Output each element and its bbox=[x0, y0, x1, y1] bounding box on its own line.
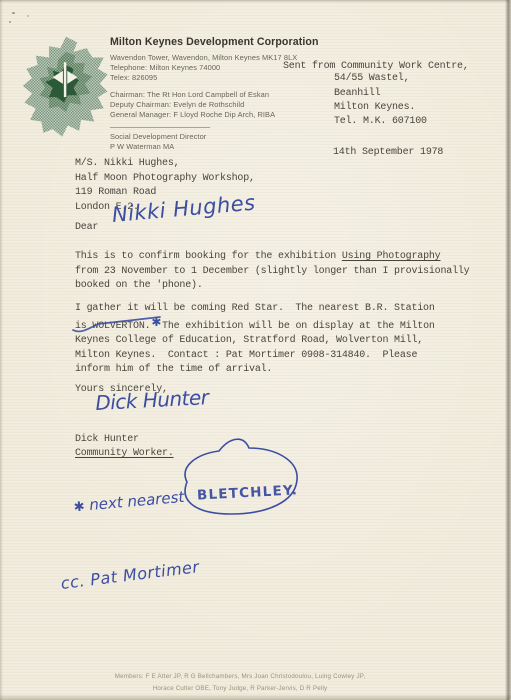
scan-edge-top bbox=[0, 0, 511, 3]
scan-speck bbox=[27, 15, 29, 17]
text-line: Half Moon Photography Workshop, bbox=[75, 172, 255, 187]
handwritten-cc-note: cc. Pat Mortimer bbox=[60, 557, 201, 593]
letter-date: 14th September 1978 bbox=[333, 146, 443, 161]
text-line: Milton Keynes. Contact : Pat Mortimer 09… bbox=[75, 349, 435, 364]
paragraph-1: This is to confirm booking for the exhib… bbox=[75, 250, 469, 294]
text-line: Chairman: The Rt Hon Lord Campbell of Es… bbox=[110, 90, 319, 100]
mk-tree-symbol bbox=[53, 62, 78, 97]
handwritten-signature: Dick Hunter bbox=[95, 385, 209, 415]
signatory-role: Community Worker. bbox=[75, 447, 174, 462]
scan-edge-bottom bbox=[0, 694, 511, 700]
letterhead-divider bbox=[110, 127, 210, 128]
org-department: Social Development DirectorP W Waterman … bbox=[110, 132, 319, 152]
handwritten-note-text: next nearest bbox=[84, 488, 185, 515]
signatory-name: Dick Hunter bbox=[75, 433, 139, 448]
text-line: Deputy Chairman: Evelyn de Rothschild bbox=[110, 100, 319, 110]
text-line: I gather it will be coming Red Star. The… bbox=[75, 302, 435, 317]
mkdc-map-logo-icon bbox=[15, 33, 115, 148]
text-line: Social Development Director bbox=[110, 132, 319, 142]
paragraph-2: I gather it will be coming Red Star. The… bbox=[75, 302, 435, 378]
salutation-typed: Dear bbox=[75, 221, 98, 236]
text-line: This is to confirm booking for the exhib… bbox=[75, 250, 469, 265]
text-line: General Manager: F Lloyd Roche Dip Arch,… bbox=[110, 110, 319, 120]
handwritten-note: ✱ next nearest bbox=[52, 470, 186, 535]
text-line: is WOLVERTON.✱ The exhibition will be on… bbox=[75, 317, 435, 335]
scan-edge-right bbox=[505, 0, 511, 700]
text-line: inform him of the time of arrival. bbox=[75, 363, 435, 378]
sender-address: 54/55 Wastel,BeanhillMilton Keynes. bbox=[334, 72, 415, 116]
scan-edge-left bbox=[0, 0, 3, 700]
text-line: M/S. Nikki Hughes, bbox=[75, 157, 255, 172]
scanned-letter-page: Milton Keynes Development Corporation Wa… bbox=[0, 0, 511, 700]
text-line: 54/55 Wastel, bbox=[334, 72, 415, 87]
org-name: Milton Keynes Development Corporation bbox=[110, 36, 319, 48]
text-line: Members: F E Atter JP, R G Bellchambers,… bbox=[15, 671, 465, 683]
text-line: Keynes College of Education, Stratford R… bbox=[75, 334, 435, 349]
text-line: Beanhill bbox=[334, 87, 415, 102]
scan-speck bbox=[9, 21, 11, 23]
handwritten-circled-word: BLETCHLEY. bbox=[197, 482, 299, 503]
text-line: booked on the 'phone). bbox=[75, 279, 469, 294]
text-line: Horace Cutler OBE, Tony Judge, R Parker-… bbox=[15, 683, 465, 695]
org-officers: Chairman: The Rt Hon Lord Campbell of Es… bbox=[110, 90, 319, 120]
text-line: Milton Keynes. bbox=[334, 101, 415, 116]
letterhead: Milton Keynes Development Corporation Wa… bbox=[110, 36, 319, 152]
text-line: P W Waterman MA bbox=[110, 142, 319, 152]
sender-telephone: Tel. M.K. 607100 bbox=[334, 115, 427, 130]
members-footer: Members: F E Atter JP, R G Bellchambers,… bbox=[15, 671, 465, 694]
scan-speck bbox=[12, 12, 15, 14]
text-line: from 23 November to 1 December (slightly… bbox=[75, 265, 469, 280]
